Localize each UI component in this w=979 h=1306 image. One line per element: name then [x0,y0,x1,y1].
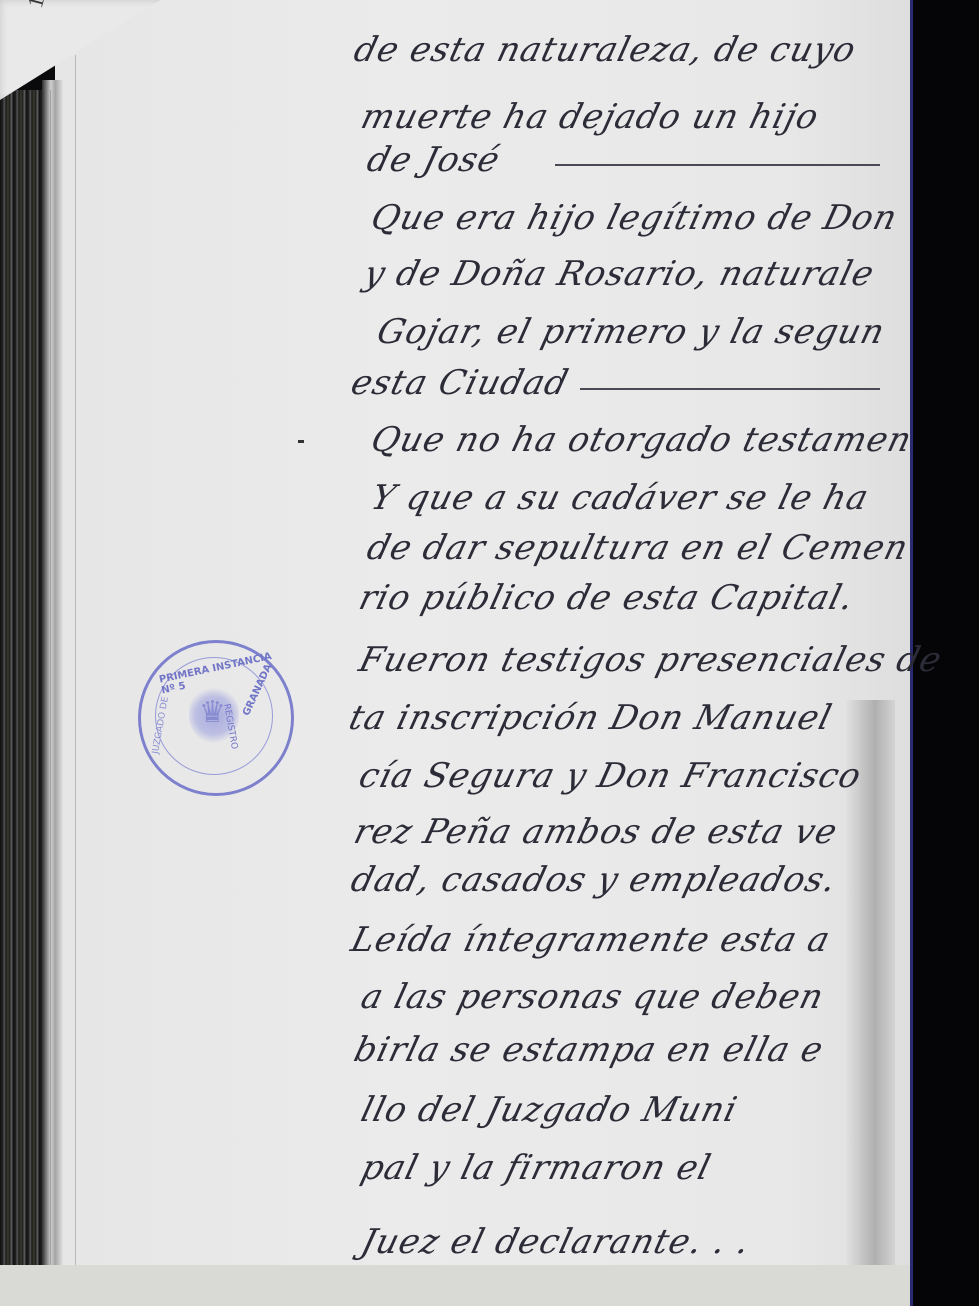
line-filler-rule [555,164,880,166]
registry-stamp: ♛ PRIMERA INSTANCIA Nº 5 REGISTRO GRANAD… [138,640,294,796]
document-photo: 10 de esta naturaleza, de cuyo muerte ha… [0,0,979,1306]
text-line: y de Doña Rosario, naturale [360,254,879,294]
margin-mark [298,440,304,443]
margin-line [50,90,51,1265]
text-line: Que no ha otorgado testamen [367,420,916,460]
text-line: pal y la firmaron el [357,1148,715,1188]
line-filler-rule [580,388,880,390]
text-line: muerte ha dejado un hijo [357,97,823,137]
text-line: de dar sepultura en el Cemen [363,528,913,568]
text-line: a las personas que deben [357,977,828,1017]
text-line: de José [363,140,504,180]
text-line: de esta naturaleza, de cuyo [350,30,860,70]
text-line: Gojar, el primero y la segun [373,312,889,352]
margin-line [75,55,76,1265]
text-line: Juez el declarante. . . [357,1222,754,1262]
text-line: Que era hijo legítimo de Don [367,198,902,238]
text-line: ta inscripción Don Manuel [345,698,836,738]
text-line: Leída íntegramente esta a [347,920,835,960]
text-line: llo del Juzgado Muni [357,1090,742,1130]
page-bottom-strip [0,1265,910,1306]
text-line: rio público de esta Capital. [355,578,858,618]
text-line: rez Peña ambos de esta ve [350,812,842,852]
text-line: Fueron testigos presenciales de [355,640,946,680]
page-edge-highlight [42,80,64,1265]
text-line: esta Ciudad [347,363,573,403]
text-line: dad, casados y empleados. [347,860,841,900]
text-line: birla se estampa en ella e [350,1030,828,1070]
text-line: Y que a su cadáver se le ha [367,478,873,518]
text-line: cía Segura y Don Francisco [355,756,866,796]
